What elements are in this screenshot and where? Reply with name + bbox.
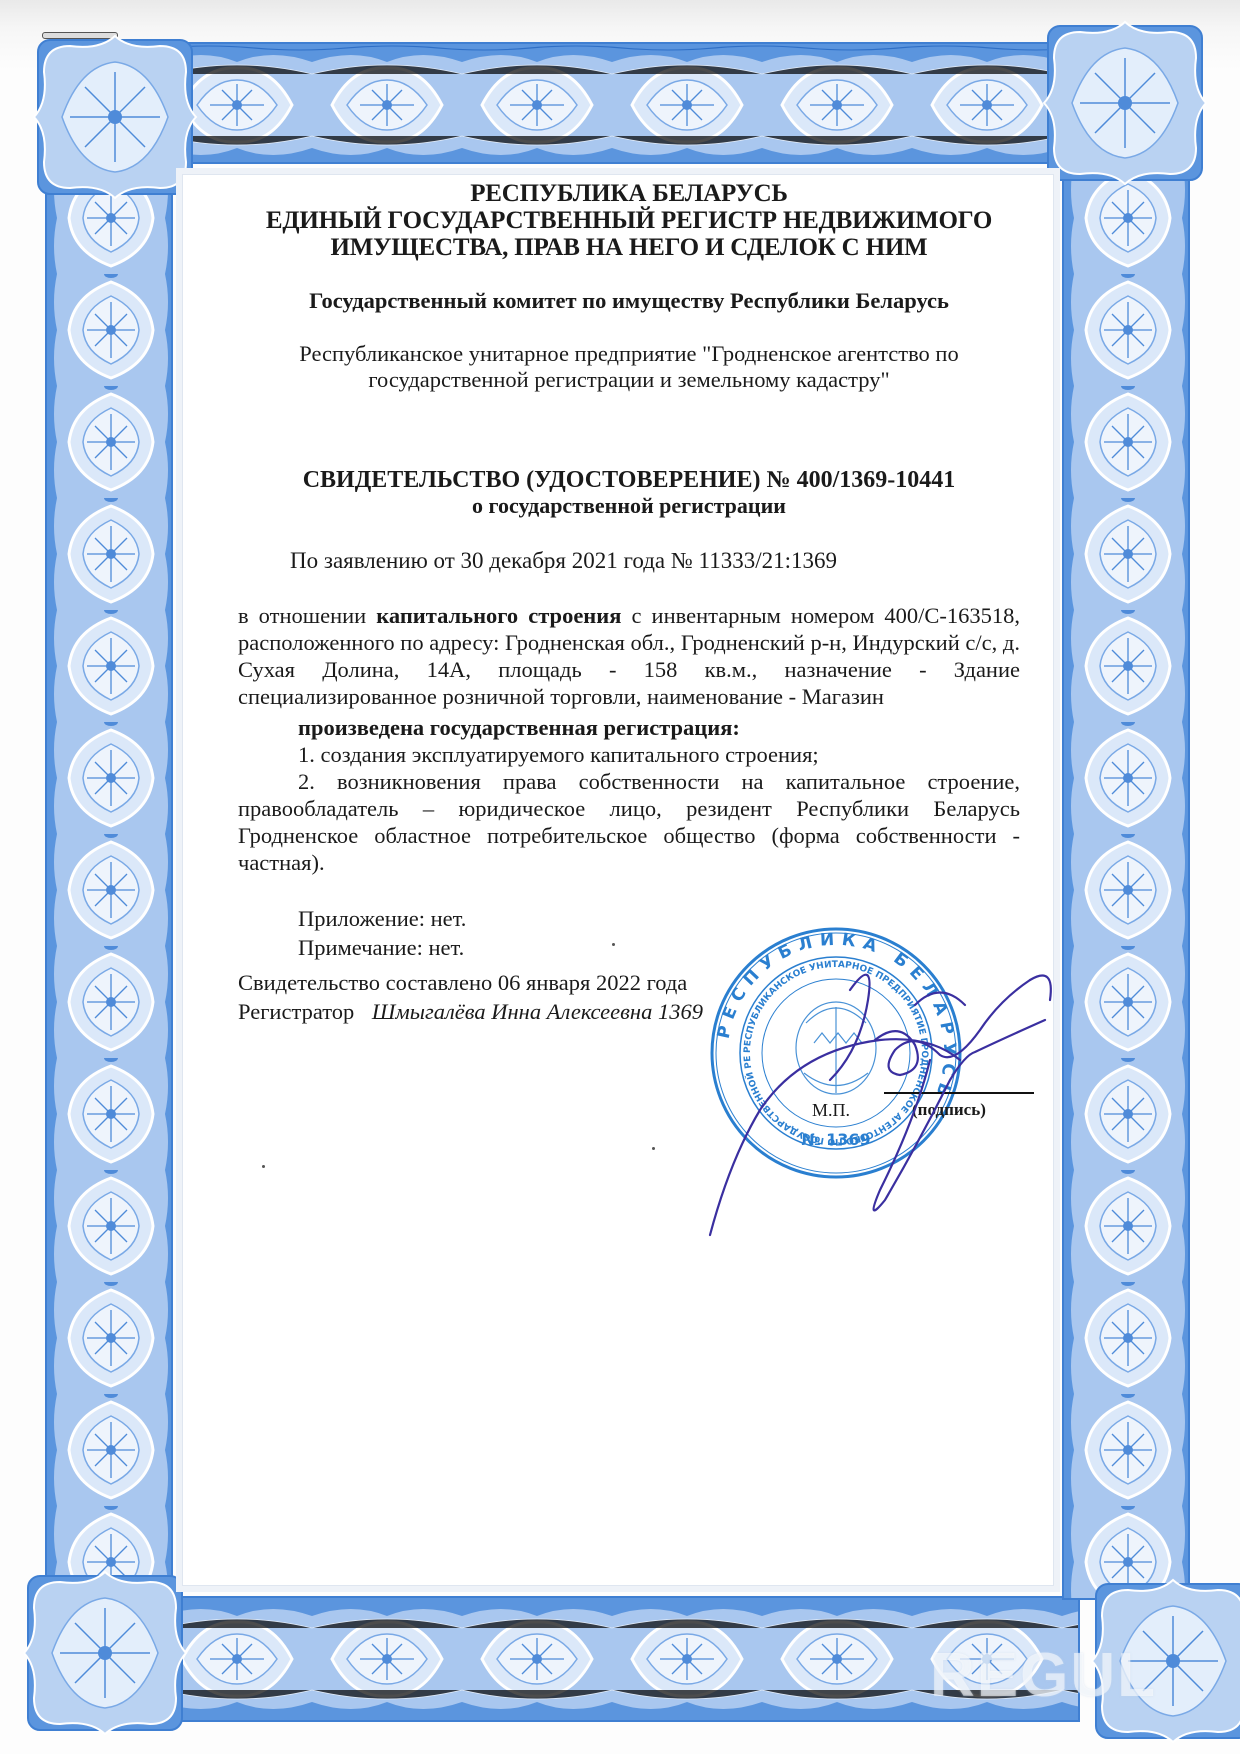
handwritten-signature: [700, 960, 1060, 1240]
registration-heading: произведена государственная регистрация:: [238, 714, 1020, 741]
registration-item-1: 1. создания эксплуатируемого капитальног…: [238, 741, 1020, 768]
border-left: [45, 160, 173, 1600]
register-title-line1: ЕДИНЫЙ ГОСУДАРСТВЕННЫЙ РЕГИСТР НЕДВИЖИМО…: [238, 207, 1020, 234]
corner-medallion-top-right: [1040, 18, 1210, 188]
registration-item-2: 2. возникновения права собственности на …: [238, 768, 1020, 876]
object-prefix: в отношении: [238, 603, 366, 628]
register-title-line2: ИМУЩЕСТВА, ПРАВ НА НЕГО И СДЕЛОК С НИМ: [238, 234, 1020, 261]
application-reference: По заявлению от 30 декабря 2021 года № 1…: [238, 548, 1020, 574]
committee-name: Государственный комитет по имуществу Рес…: [238, 288, 1020, 314]
agency-name-line1: Республиканское унитарное предприятие "Г…: [238, 341, 1020, 367]
document-header: РЕСПУБЛИКА БЕЛАРУСЬ ЕДИНЫЙ ГОСУДАРСТВЕНН…: [238, 180, 1020, 261]
scan-speck: [652, 1147, 655, 1150]
object-description: в отношении капитального строения с инве…: [238, 602, 1020, 710]
corner-medallion-bottom-left: [20, 1568, 190, 1738]
agency-name: Республиканское унитарное предприятие "Г…: [238, 341, 1020, 393]
certificate-subtitle: о государственной регистрации: [238, 493, 1020, 518]
certificate-content: РЕСПУБЛИКА БЕЛАРУСЬ ЕДИНЫЙ ГОСУДАРСТВЕНН…: [238, 180, 1020, 1026]
agency-name-line2: государственной регистрации и земельному…: [238, 367, 1020, 393]
registrar-label: Регистратор: [238, 999, 354, 1024]
object-type: капитального строения: [376, 603, 621, 628]
certificate-title: СВИДЕТЕЛЬСТВО (УДОСТОВЕРЕНИЕ) № 400/1369…: [238, 467, 1020, 493]
scan-speck: [612, 943, 615, 946]
border-top: [160, 42, 1080, 164]
registrar-name: Шмыгалёва Инна Алексеевна 1369: [372, 999, 703, 1024]
corner-medallion-top-left: [30, 32, 200, 202]
border-right: [1062, 160, 1190, 1600]
country-title: РЕСПУБЛИКА БЕЛАРУСЬ: [238, 180, 1020, 207]
watermark-logo: REGUL: [930, 1640, 1157, 1711]
scan-speck: [262, 1165, 265, 1168]
